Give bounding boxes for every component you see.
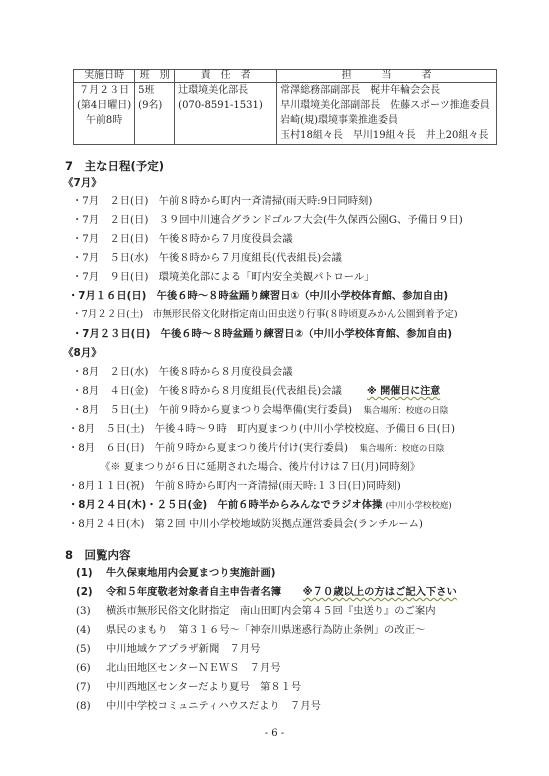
header-staff: 担 当 者: [277, 70, 497, 83]
item-text: 横浜市無形民俗文化財指定 南山田町内会第４５回『虫送り』のご案内: [106, 605, 436, 617]
date-caution-note: ※ 開催日に注意: [367, 386, 440, 397]
item-text: 令和５年度敬老対象者自主申告者名簿: [106, 586, 281, 598]
schedule-item: ・7月 ２日(日) 午後８時から７月度役員会議: [72, 232, 293, 246]
cell-responsible: 辻環境美化部長 (070-8591-1531): [175, 83, 277, 145]
group-line: 5班: [138, 83, 171, 98]
schedule-item: ・8月２４日(木)・２５日(金) 午前６時半からみんなでラジオ体操 (中川小学校…: [68, 498, 452, 513]
item-number: (3): [76, 604, 106, 618]
meeting-place-note: 集合場所：校庭の日陰: [363, 406, 448, 416]
location-note: (中川小学校校庭): [386, 501, 452, 511]
item-number: (5): [76, 642, 106, 656]
item-text: 中川地域ケアプラザ新聞 ７月号: [106, 643, 260, 655]
item-text: 中川中学校コミュニティハウスだより ７月号: [106, 700, 321, 712]
responsible-name: 辻環境美化部長: [178, 83, 273, 98]
schedule-item: ・7月１６日(日) 午後６時～８時盆踊り練習日①（中川小学校体育館、参加自由): [68, 289, 448, 303]
item-text: 牛久保東地用内会夏まつり実施計画): [106, 567, 275, 579]
item-number: (6): [76, 661, 106, 675]
group-line: (9名): [138, 98, 171, 113]
cell-staff: 常澤総務部副部長 梶井年輪会会長 早川環境美化部副部長 佐藤スポーツ推進委員 岩…: [277, 83, 497, 145]
section-title-circulation: 8 回覧内容: [65, 548, 131, 562]
circulation-item: (5)中川地域ケアプラザ新聞 ７月号: [76, 642, 260, 656]
item-text: 中川西地区センターだより夏号 第８１号: [106, 681, 301, 693]
responsible-phone: (070-8591-1531): [178, 98, 273, 113]
schedule-item: ・7月２３日(日) 午後６時～８時盆踊り練習日②（中川小学校体育館、参加自由): [72, 327, 452, 341]
section-title-schedule: 7 主な日程(予定): [65, 159, 164, 173]
circulation-item: (1)牛久保東地用内会夏まつり実施計画): [76, 566, 275, 580]
table-row: ７月２３日 (第4日曜日) 午前8時 5班 (9名) 辻環境美化部長 (070-…: [74, 83, 497, 145]
date-line: (第4日曜日): [77, 98, 131, 113]
schedule-item: ・7月 ９日(日) 環境美化部による「町内安全美観パトロール」: [72, 270, 375, 284]
schedule-item: ・7月２２日(土) 市無形民俗文化財指定南山田虫送り行事(８時頃夏みかん公園到着…: [72, 308, 458, 322]
staff-line: 早川環境美化部副部長 佐藤スポーツ推進委員: [280, 98, 493, 113]
item-text: 北山田地区センターＮＥＷＳ ７月号: [106, 662, 281, 674]
item-text: 県民のまもり 第３１６号～「神奈川県迷惑行為防止条例」の改正～: [106, 624, 425, 636]
staff-line: 岩崎(規)環境事業推進委員: [280, 113, 493, 128]
schedule-item: ・8月 ５日(土) 午後４時～９時 町内夏まつり(中川小学校校庭、予備日６日(日…: [68, 422, 455, 436]
circulation-item: (2)令和５年度敬老対象者自主申告者名簿 ※７０歳以上の方はご記入下さい: [76, 585, 457, 599]
page-number: - 6 -: [0, 728, 549, 739]
schedule-text: ・8月 ５日(土) 午前９時から夏まつり会場準備(実行委員): [72, 404, 352, 416]
schedule-item: ・8月 ２日(水) 午後８時から８月度役員会議: [72, 365, 293, 379]
month-label-july: 《7月》: [63, 176, 102, 190]
item-number: (7): [76, 680, 106, 694]
schedule-item: ・7月 ２日(日) 午前８時から町内一斉清掃(雨天時:9日同時刻): [72, 194, 372, 208]
schedule-item: ・8月 ４日(金) 午後８時から８月度組長(代表組長)会議 ※ 開催日に注意: [72, 384, 440, 399]
month-label-august: 《8月》: [63, 346, 102, 360]
postponement-note: 《※ 夏まつりが６日に延期された場合、後片付けは７日(月)同時刻》: [100, 460, 420, 474]
schedule-item: ・7月 ５日(水) 午後８時から７月度組長(代表組長)会議: [72, 251, 342, 265]
cell-date: ７月２３日 (第4日曜日) 午前8時: [74, 83, 135, 145]
schedule-text: ・8月２４日(木)・２５日(金) 午前６時半からみんなでラジオ体操: [68, 499, 382, 511]
schedule-text: ・8月 ６日(日) 午前９時から夏まつり後片付け(実行委員): [68, 442, 348, 454]
item-number: (1): [76, 566, 106, 580]
item-number: (8): [76, 699, 106, 713]
circulation-item: (8)中川中学校コミュニティハウスだより ７月号: [76, 699, 321, 713]
schedule-item: ・7月 ２日(日) ３９回中川連合グランドゴルフ大会(牛久保西公園G、予備日９日…: [72, 213, 463, 227]
duty-table: 実施日時 班 別 責 任 者 担 当 者 ７月２３日 (第4日曜日) 午前8時 …: [73, 69, 497, 145]
document-page: 実施日時 班 別 責 任 者 担 当 者 ７月２３日 (第4日曜日) 午前8時 …: [0, 0, 549, 776]
circulation-item: (3)横浜市無形民俗文化財指定 南山田町内会第４５回『虫送り』のご案内: [76, 604, 436, 618]
schedule-text: ・8月 ４日(金) 午後８時から８月度組長(代表組長)会議: [72, 385, 342, 397]
table-header-row: 実施日時 班 別 責 任 者 担 当 者: [74, 70, 497, 83]
header-date: 実施日時: [74, 70, 135, 83]
circulation-item: (7)中川西地区センターだより夏号 第８１号: [76, 680, 301, 694]
age-note: ※７０歳以上の方はご記入下さい: [303, 586, 457, 598]
header-group: 班 別: [135, 70, 175, 83]
schedule-item: ・8月１１日(祝) 午前８時から町内一斉清掃(雨天時:１３日(日)同時刻): [68, 479, 401, 493]
staff-line: 玉村18組々長 早川19組々長 井上20組々長: [280, 128, 493, 143]
date-line: 午前8時: [77, 113, 131, 128]
date-line: ７月２３日: [77, 83, 131, 98]
schedule-item: ・8月 ６日(日) 午前９時から夏まつり後片付け(実行委員) 集合場所：校庭の日…: [68, 441, 444, 456]
cell-group: 5班 (9名): [135, 83, 175, 145]
header-responsible: 責 任 者: [175, 70, 277, 83]
schedule-item: ・8月 ５日(土) 午前９時から夏まつり会場準備(実行委員) 集合場所：校庭の日…: [72, 403, 448, 418]
meeting-place-note: 集合場所：校庭の日陰: [359, 444, 444, 454]
circulation-item: (6)北山田地区センターＮＥＷＳ ７月号: [76, 661, 281, 675]
staff-line: 常澤総務部副部長 梶井年輪会会長: [280, 83, 493, 98]
circulation-item: (4)県民のまもり 第３１６号～「神奈川県迷惑行為防止条例」の改正～: [76, 623, 425, 637]
schedule-item: ・8月２４日(木) 第２回 中川小学校地域防災拠点運営委員会(ランチルーム): [68, 517, 423, 531]
item-number: (4): [76, 623, 106, 637]
item-number: (2): [76, 585, 106, 599]
